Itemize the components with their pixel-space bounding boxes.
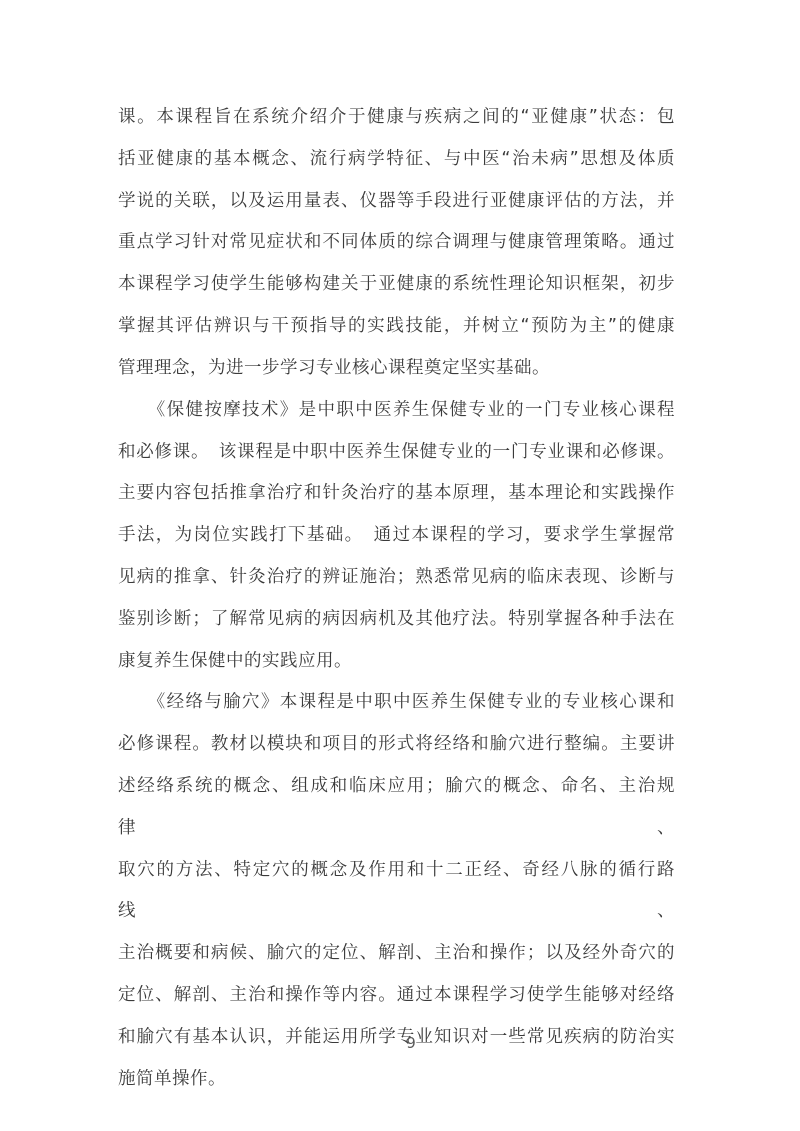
text-line: 定位、解剖、主治和操作等内容。通过本课程学习使学生能够对经络 [118, 975, 675, 1017]
text-line: 主要内容包括推拿治疗和针灸治疗的基本原理，基本理论和实践操作 [118, 473, 675, 515]
text-line: 主治概要和病候、腧穴的定位、解剖、主治和操作；以及经外奇穴的 [118, 933, 675, 975]
text-line: 课。本课程旨在系统介绍介于健康与疾病之间的“亚健康”状态：包 [118, 97, 675, 139]
text-line: 学说的关联，以及运用量表、仪器等手段进行亚健康评估的方法，并 [118, 181, 675, 223]
page-number: 9 [0, 1032, 800, 1054]
text-line: 括亚健康的基本概念、流行病学特征、与中医“治未病”思想及体质 [118, 139, 675, 181]
text-line: 取穴的方法、特定穴的概念及作用和十二正经、奇经八脉的循行路线、 [118, 850, 675, 934]
text-line: 本课程学习使学生能够构建关于亚健康的系统性理论知识框架，初步 [118, 264, 675, 306]
text-line: 掌握其评估辨识与干预指导的实践技能，并树立“预防为主”的健康 [118, 306, 675, 348]
text-line: 述经络系统的概念、组成和临床应用；腧穴的概念、命名、主治规律、 [118, 766, 675, 850]
text-line: 必修课程。教材以模块和项目的形式将经络和腧穴进行整编。主要讲 [118, 724, 675, 766]
document-page: 课。本课程旨在系统介绍介于健康与疾病之间的“亚健康”状态：包括亚健康的基本概念、… [0, 0, 800, 1131]
text-line: 《保健按摩技术》是中职中医养生保健专业的一门专业核心课程 [118, 390, 675, 432]
text-line: 管理理念，为进一步学习专业核心课程奠定坚实基础。 [118, 348, 675, 390]
text-line: 手法，为岗位实践打下基础。 通过本课程的学习，要求学生掌握常 [118, 515, 675, 557]
text-line: 鉴别诊断；了解常见病的病因病机及其他疗法。特别掌握各种手法在 [118, 599, 675, 641]
text-line: 重点学习针对常见症状和不同体质的综合调理与健康管理策略。通过 [118, 222, 675, 264]
paragraph: 课。本课程旨在系统介绍介于健康与疾病之间的“亚健康”状态：包括亚健康的基本概念、… [118, 97, 675, 390]
paragraph: 《保健按摩技术》是中职中医养生保健专业的一门专业核心课程和必修课。 该课程是中职… [118, 390, 675, 683]
text-line: 和必修课。 该课程是中职中医养生保健专业的一门专业课和必修课。 [118, 432, 675, 474]
document-body: 课。本课程旨在系统介绍介于健康与疾病之间的“亚健康”状态：包括亚健康的基本概念、… [118, 97, 675, 1101]
text-line: 见病的推拿、针灸治疗的辨证施治；熟悉常见病的临床表现、诊断与 [118, 557, 675, 599]
text-line: 《经络与腧穴》本课程是中职中医养生保健专业的专业核心课和 [118, 682, 675, 724]
text-line: 康复养生保健中的实践应用。 [118, 641, 675, 683]
text-line: 施简单操作。 [118, 1059, 675, 1101]
